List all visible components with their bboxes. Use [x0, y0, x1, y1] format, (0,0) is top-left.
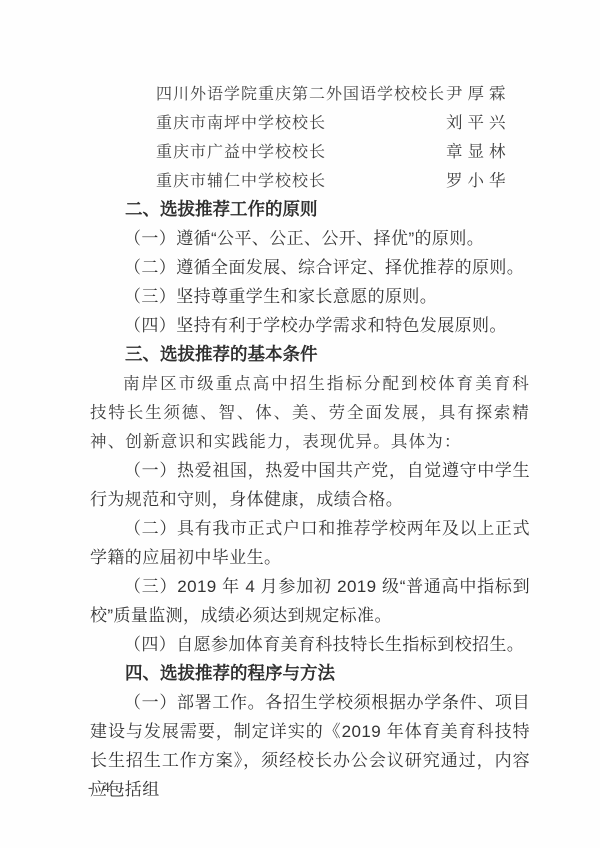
section-3-item-4: （四）自愿参加体育美育科技特长生指标到校招生。 — [90, 630, 530, 659]
principal-name: 章显林 — [446, 137, 511, 166]
section-3-item-1: （一）热爱祖国，热爱中国共产党，自觉遵守中学生行为规范和守则，身体健康，成绩合格… — [90, 456, 530, 514]
principal-row: 重庆市南坪中学校校长 刘平兴 — [156, 108, 530, 137]
section-3-intro: 南岸区市级重点高中招生指标分配到校体育美育科技特长生须德、智、体、美、劳全面发展… — [90, 369, 530, 456]
principal-title: 重庆市广益中学校校长 — [156, 144, 326, 161]
principal-name: 尹厚霖 — [446, 79, 511, 108]
section-2-item-2: （二）遵循全面发展、综合评定、择优推荐的原则。 — [90, 253, 530, 282]
document-page: 四川外语学院重庆第二外国语学校校长 尹厚霖 重庆市南坪中学校校长 刘平兴 重庆市… — [0, 0, 600, 848]
page-number: - 4 - — [88, 780, 127, 797]
section-2-item-4: （四）坚持有利于学校办学需求和特色发展原则。 — [90, 311, 530, 340]
document-content: 四川外语学院重庆第二外国语学校校长 尹厚霖 重庆市南坪中学校校长 刘平兴 重庆市… — [90, 79, 530, 804]
section-4-item-1: （一）部署工作。各招生学校须根据办学条件、项目建设与发展需要，制定详实的《201… — [90, 688, 530, 804]
principal-row: 重庆市广益中学校校长 章显林 — [156, 137, 530, 166]
section-2-heading: 二、选拔推荐工作的原则 — [90, 195, 530, 224]
principal-name: 刘平兴 — [446, 108, 511, 137]
section-4-heading: 四、选拔推荐的程序与方法 — [90, 659, 530, 688]
principal-row: 重庆市辅仁中学校校长 罗小华 — [156, 166, 530, 195]
principal-title: 四川外语学院重庆第二外国语学校校长 — [156, 86, 445, 103]
principal-name: 罗小华 — [446, 166, 511, 195]
principal-list: 四川外语学院重庆第二外国语学校校长 尹厚霖 重庆市南坪中学校校长 刘平兴 重庆市… — [90, 79, 530, 195]
principal-title: 重庆市南坪中学校校长 — [156, 115, 326, 132]
principal-row: 四川外语学院重庆第二外国语学校校长 尹厚霖 — [156, 79, 530, 108]
section-3-item-2: （二）具有我市正式户口和推荐学校两年及以上正式学籍的应届初中毕业生。 — [90, 514, 530, 572]
section-2-item-3: （三）坚持尊重学生和家长意愿的原则。 — [90, 282, 530, 311]
section-2-item-1: （一）遵循“公平、公正、公开、择优”的原则。 — [90, 224, 530, 253]
section-3-item-3: （三）2019 年 4 月参加初 2019 级“普通高中指标到校”质量监测，成绩… — [90, 572, 530, 630]
principal-title: 重庆市辅仁中学校校长 — [156, 173, 326, 190]
section-3-heading: 三、选拔推荐的基本条件 — [90, 340, 530, 369]
